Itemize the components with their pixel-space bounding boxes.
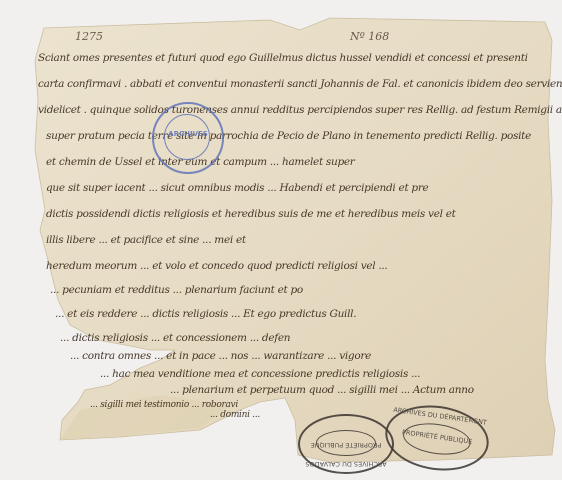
text-line: carta confirmavi . abbati et conventui m…	[38, 78, 562, 90]
text-line: que sit super iacent ... sicut omnibus m…	[46, 182, 428, 194]
archives-calvados-stamp: ARCHIVES DU CALVADOS PROPRIÉTÉ PUBLIQUE	[298, 414, 394, 474]
number-annotation: Nº 168	[350, 30, 389, 43]
text-line: Sciant omes presentes et futuri quod ego…	[38, 52, 528, 64]
text-line: videlicet . quinque solidos turonenses a…	[38, 104, 562, 116]
text-line: ... dictis religiosis ... et concessione…	[60, 332, 290, 344]
date-annotation: 1275	[75, 30, 103, 43]
text-line: ... et eis reddere ... dictis religiosis…	[55, 308, 356, 320]
text-line: ... plenarium et perpetuum quod ... sigi…	[170, 384, 474, 396]
text-line: illis libere ... et pacifice et sine ...…	[46, 234, 246, 246]
text-line: ... contra omnes ... et in pace ... nos …	[70, 350, 371, 362]
text-line: super pratum pecia terre site in parroch…	[46, 130, 531, 142]
document-photo: 1275 Nº 168 Sciant omes presentes et fut…	[0, 0, 562, 480]
stamp-outer-text: ARCHIVES DU CALVADOS	[300, 460, 392, 468]
stamp-center-text: ARCHIVES	[154, 130, 222, 138]
text-line: dictis possidendi dictis religiosis et h…	[46, 208, 456, 220]
text-line: ... sigilli mei testimonio ... roboravi	[90, 400, 238, 410]
stamp-center-text: PROPRIÉTÉ PUBLIQUE	[300, 441, 392, 449]
text-line: ... hac mea venditione mea et concession…	[100, 368, 420, 380]
text-line: ... pecuniam et redditus ... plenarium f…	[50, 284, 303, 296]
text-line: heredum meorum ... et volo et concedo qu…	[46, 260, 387, 272]
prefecture-archives-stamp: ARCHIVES	[152, 102, 224, 174]
text-line: ... domini ...	[210, 410, 260, 420]
